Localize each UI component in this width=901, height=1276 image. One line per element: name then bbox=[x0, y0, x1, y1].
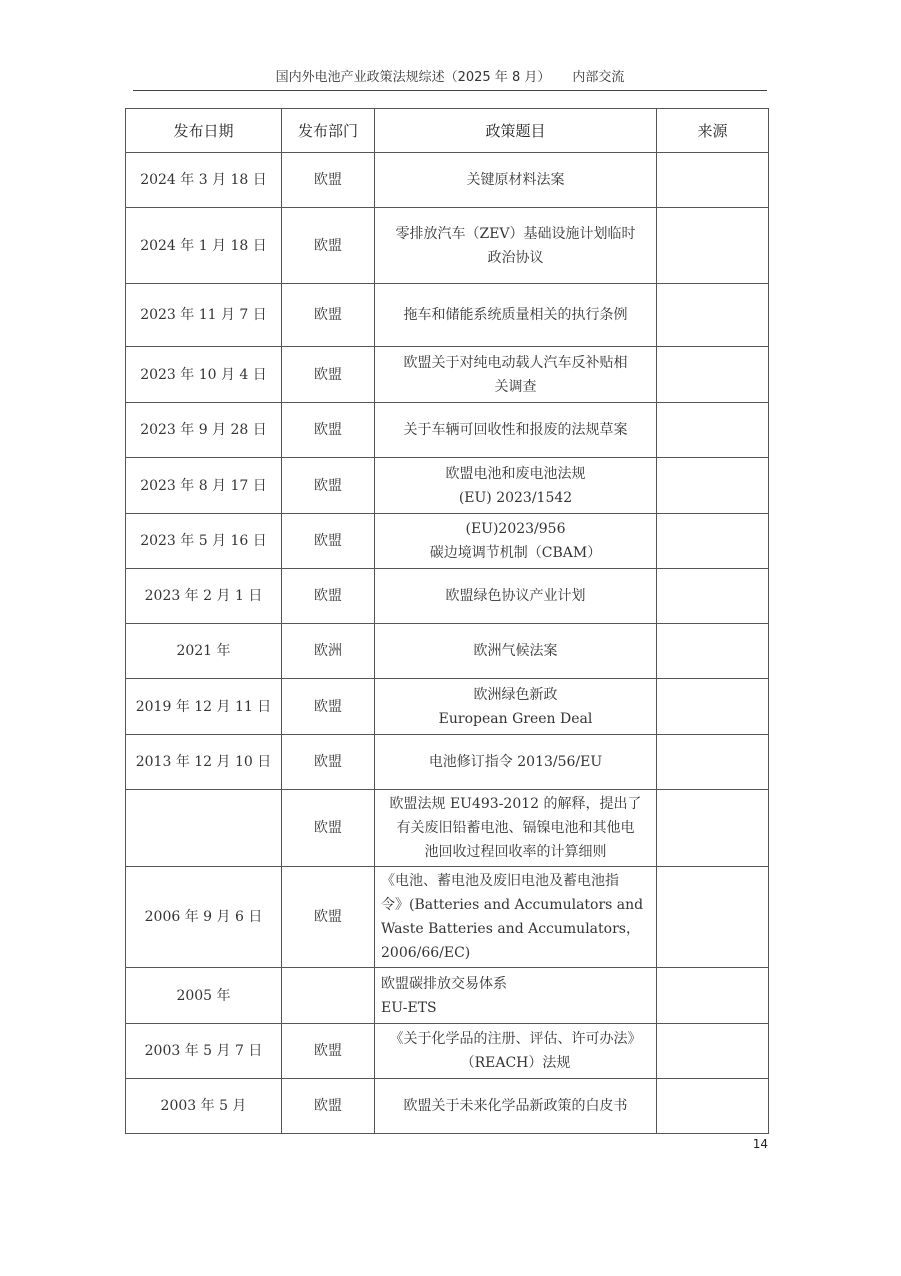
table-row: 2005 年 欧盟碳排放交易体系 EU-ETS bbox=[126, 968, 769, 1024]
cell-source bbox=[657, 208, 769, 284]
cell-policy-title: 关于车辆可回收性和报废的法规草案 bbox=[375, 403, 657, 458]
cell-policy-title: 电池修订指令 2013/56/EU bbox=[375, 735, 657, 790]
cell-date: 2023 年 11 月 7 日 bbox=[126, 284, 282, 347]
cell-policy-title: 关键原材料法案 bbox=[375, 153, 657, 208]
cell-source bbox=[657, 624, 769, 679]
cell-date: 2023 年 2 月 1 日 bbox=[126, 569, 282, 624]
cell-department: 欧盟 bbox=[282, 458, 375, 514]
cell-source bbox=[657, 284, 769, 347]
cell-source bbox=[657, 347, 769, 403]
cell-department: 欧盟 bbox=[282, 284, 375, 347]
cell-date: 2024 年 3 月 18 日 bbox=[126, 153, 282, 208]
cell-department: 欧盟 bbox=[282, 208, 375, 284]
distribution-note: 内部交流 bbox=[572, 70, 624, 85]
running-header: 国内外电池产业政策法规综述（2025 年 8 月）内部交流 bbox=[133, 66, 767, 85]
cell-source bbox=[657, 968, 769, 1024]
cell-source bbox=[657, 679, 769, 735]
cell-date: 2003 年 5 月 7 日 bbox=[126, 1024, 282, 1079]
cell-policy-title: 欧盟电池和废电池法规 (EU) 2023/1542 bbox=[375, 458, 657, 514]
cell-source bbox=[657, 458, 769, 514]
cell-source bbox=[657, 1079, 769, 1134]
table-row: 2024 年 1 月 18 日 欧盟 零排放汽车（ZEV）基础设施计划临时 政治… bbox=[126, 208, 769, 284]
cell-date: 2005 年 bbox=[126, 968, 282, 1024]
table-row: 2003 年 5 月 7 日 欧盟 《关于化学品的注册、评估、许可办法》 （RE… bbox=[126, 1024, 769, 1079]
cell-department: 欧盟 bbox=[282, 514, 375, 569]
column-header-date: 发布日期 bbox=[126, 109, 282, 153]
table-header-row: 发布日期 发布部门 政策题目 来源 bbox=[126, 109, 769, 153]
cell-date: 2013 年 12 月 10 日 bbox=[126, 735, 282, 790]
column-header-source: 来源 bbox=[657, 109, 769, 153]
table-row: 2019 年 12 月 11 日 欧盟 欧洲绿色新政 European Gree… bbox=[126, 679, 769, 735]
cell-source bbox=[657, 735, 769, 790]
table-row: 欧盟 欧盟法规 EU493-2012 的解释，提出了 有关废旧铅蓄电池、镉镍电池… bbox=[126, 790, 769, 867]
table-row: 2023 年 5 月 16 日 欧盟 (EU)2023/956 碳边境调节机制（… bbox=[126, 514, 769, 569]
cell-date: 2003 年 5 月 bbox=[126, 1079, 282, 1134]
table-row: 2006 年 9 月 6 日 欧盟 《电池、蓄电池及废旧电池及蓄电池指 令》(B… bbox=[126, 867, 769, 968]
cell-source bbox=[657, 153, 769, 208]
table-row: 2023 年 9 月 28 日 欧盟 关于车辆可回收性和报废的法规草案 bbox=[126, 403, 769, 458]
cell-source bbox=[657, 867, 769, 968]
cell-department: 欧盟 bbox=[282, 1024, 375, 1079]
cell-source bbox=[657, 403, 769, 458]
cell-policy-title: 欧洲气候法案 bbox=[375, 624, 657, 679]
cell-date: 2019 年 12 月 11 日 bbox=[126, 679, 282, 735]
cell-policy-title: 欧洲绿色新政 European Green Deal bbox=[375, 679, 657, 735]
table-row: 2023 年 10 月 4 日 欧盟 欧盟关于对纯电动载人汽车反补贴相 关调查 bbox=[126, 347, 769, 403]
cell-department bbox=[282, 968, 375, 1024]
header-divider bbox=[133, 90, 767, 91]
cell-policy-title: 欧盟关于对纯电动载人汽车反补贴相 关调查 bbox=[375, 347, 657, 403]
cell-department: 欧盟 bbox=[282, 735, 375, 790]
cell-source bbox=[657, 1024, 769, 1079]
cell-date: 2023 年 10 月 4 日 bbox=[126, 347, 282, 403]
cell-policy-title: 欧盟法规 EU493-2012 的解释，提出了 有关废旧铅蓄电池、镉镍电池和其他… bbox=[375, 790, 657, 867]
cell-department: 欧盟 bbox=[282, 153, 375, 208]
cell-policy-title: 拖车和储能系统质量相关的执行条例 bbox=[375, 284, 657, 347]
cell-department: 欧盟 bbox=[282, 1079, 375, 1134]
column-header-policy-title: 政策题目 bbox=[375, 109, 657, 153]
page-number: 14 bbox=[740, 1137, 768, 1151]
document-title: 国内外电池产业政策法规综述（2025 年 8 月） bbox=[276, 70, 551, 85]
cell-date: 2023 年 8 月 17 日 bbox=[126, 458, 282, 514]
cell-date: 2023 年 9 月 28 日 bbox=[126, 403, 282, 458]
cell-date: 2023 年 5 月 16 日 bbox=[126, 514, 282, 569]
cell-department: 欧盟 bbox=[282, 347, 375, 403]
cell-date: 2021 年 bbox=[126, 624, 282, 679]
table-row: 2023 年 8 月 17 日 欧盟 欧盟电池和废电池法规 (EU) 2023/… bbox=[126, 458, 769, 514]
cell-policy-title: 零排放汽车（ZEV）基础设施计划临时 政治协议 bbox=[375, 208, 657, 284]
column-header-department: 发布部门 bbox=[282, 109, 375, 153]
table-row: 2023 年 2 月 1 日 欧盟 欧盟绿色协议产业计划 bbox=[126, 569, 769, 624]
cell-date: 2024 年 1 月 18 日 bbox=[126, 208, 282, 284]
policy-table: 发布日期 发布部门 政策题目 来源 2024 年 3 月 18 日 欧盟 关键原… bbox=[125, 108, 769, 1134]
cell-source bbox=[657, 569, 769, 624]
cell-date bbox=[126, 790, 282, 867]
cell-policy-title: 欧盟绿色协议产业计划 bbox=[375, 569, 657, 624]
table-row: 2003 年 5 月 欧盟 欧盟关于未来化学品新政策的白皮书 bbox=[126, 1079, 769, 1134]
table-row: 2023 年 11 月 7 日 欧盟 拖车和储能系统质量相关的执行条例 bbox=[126, 284, 769, 347]
cell-policy-title: 欧盟碳排放交易体系 EU-ETS bbox=[375, 968, 657, 1024]
cell-department: 欧盟 bbox=[282, 679, 375, 735]
cell-policy-title: 《关于化学品的注册、评估、许可办法》 （REACH）法规 bbox=[375, 1024, 657, 1079]
cell-source bbox=[657, 790, 769, 867]
cell-department: 欧盟 bbox=[282, 867, 375, 968]
cell-source bbox=[657, 514, 769, 569]
cell-department: 欧盟 bbox=[282, 569, 375, 624]
cell-policy-title: (EU)2023/956 碳边境调节机制（CBAM） bbox=[375, 514, 657, 569]
table-row: 2024 年 3 月 18 日 欧盟 关键原材料法案 bbox=[126, 153, 769, 208]
cell-policy-title: 欧盟关于未来化学品新政策的白皮书 bbox=[375, 1079, 657, 1134]
cell-department: 欧盟 bbox=[282, 790, 375, 867]
cell-date: 2006 年 9 月 6 日 bbox=[126, 867, 282, 968]
table-row: 2021 年 欧洲 欧洲气候法案 bbox=[126, 624, 769, 679]
table-row: 2013 年 12 月 10 日 欧盟 电池修订指令 2013/56/EU bbox=[126, 735, 769, 790]
cell-department: 欧盟 bbox=[282, 403, 375, 458]
cell-policy-title: 《电池、蓄电池及废旧电池及蓄电池指 令》(Batteries and Accum… bbox=[375, 867, 657, 968]
cell-department: 欧洲 bbox=[282, 624, 375, 679]
